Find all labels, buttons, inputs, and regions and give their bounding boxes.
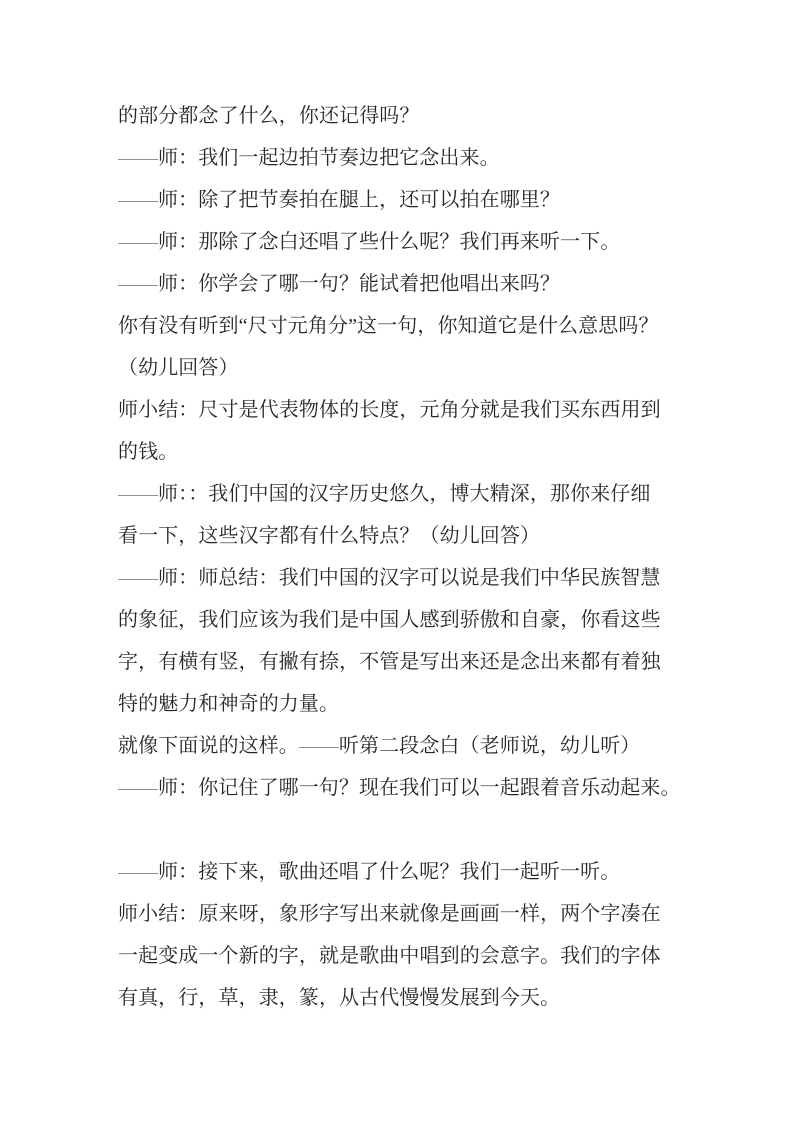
text-line: ——师：除了把节奏拍在腿上，还可以拍在哪里？ (118, 179, 694, 221)
em-dash: —— (118, 567, 158, 589)
text-line: 字，有横有竖，有撇有捺，不管是写出来还是念出来都有着独 (118, 641, 694, 683)
text-line: 一起变成一个新的字，就是歌曲中唱到的会意字。我们的字体 (118, 935, 694, 977)
text-line: ——师：你记住了哪一句？现在我们可以一起跟着音乐动起来。 (118, 767, 694, 809)
text-line: ——师：：我们中国的汉字历史悠久，博大精深，那你来仔细 (118, 473, 694, 515)
em-dash: —— (118, 483, 158, 505)
em-dash: —— (118, 189, 158, 211)
blank-line (118, 809, 694, 851)
text-line: 师小结：尺寸是代表物体的长度，元角分就是我们买东西用到 (118, 389, 694, 431)
em-dash: —— (118, 861, 158, 883)
em-dash: —— (299, 735, 339, 757)
text-line: 的象征，我们应该为我们是中国人感到骄傲和自豪，你看这些 (118, 599, 694, 641)
em-dash: —— (118, 777, 158, 799)
em-dash: —— (118, 231, 158, 253)
text-line: ——师：那除了念白还唱了些什么呢？我们再来听一下。 (118, 221, 694, 263)
em-dash: —— (118, 273, 158, 295)
text-line: 师小结：原来呀，象形字写出来就像是画画一样，两个字凑在 (118, 893, 694, 935)
text-line: 你有没有听到“尺寸元角分”这一句，你知道它是什么意思吗？ (118, 305, 694, 347)
text-line: ——师：我们一起边拍节奏边把它念出来。 (118, 137, 694, 179)
document-page: 的部分都念了什么，你还记得吗？——师：我们一起边拍节奏边把它念出来。——师：除了… (0, 0, 794, 1123)
text-line: 就像下面说的这样。——听第二段念白（老师说，幼儿听） (118, 725, 694, 767)
text-line: 有真，行，草，隶，篆，从古代慢慢发展到今天。 (118, 977, 694, 1019)
text-line: ——师：你学会了哪一句？能试着把他唱出来吗？ (118, 263, 694, 305)
text-line: 看一下，这些汉字都有什么特点？（幼儿回答） (118, 515, 694, 557)
text-line: ——师：师总结：我们中国的汉字可以说是我们中华民族智慧 (118, 557, 694, 599)
text-line: 的钱。 (118, 431, 694, 473)
document-content: 的部分都念了什么，你还记得吗？——师：我们一起边拍节奏边把它念出来。——师：除了… (0, 0, 794, 1019)
text-line: 特的魅力和神奇的力量。 (118, 683, 694, 725)
text-line: ——师：接下来，歌曲还唱了什么呢？我们一起听一听。 (118, 851, 694, 893)
text-line: 的部分都念了什么，你还记得吗？ (118, 95, 694, 137)
em-dash: —— (118, 147, 158, 169)
text-line: （幼儿回答） (118, 347, 694, 389)
